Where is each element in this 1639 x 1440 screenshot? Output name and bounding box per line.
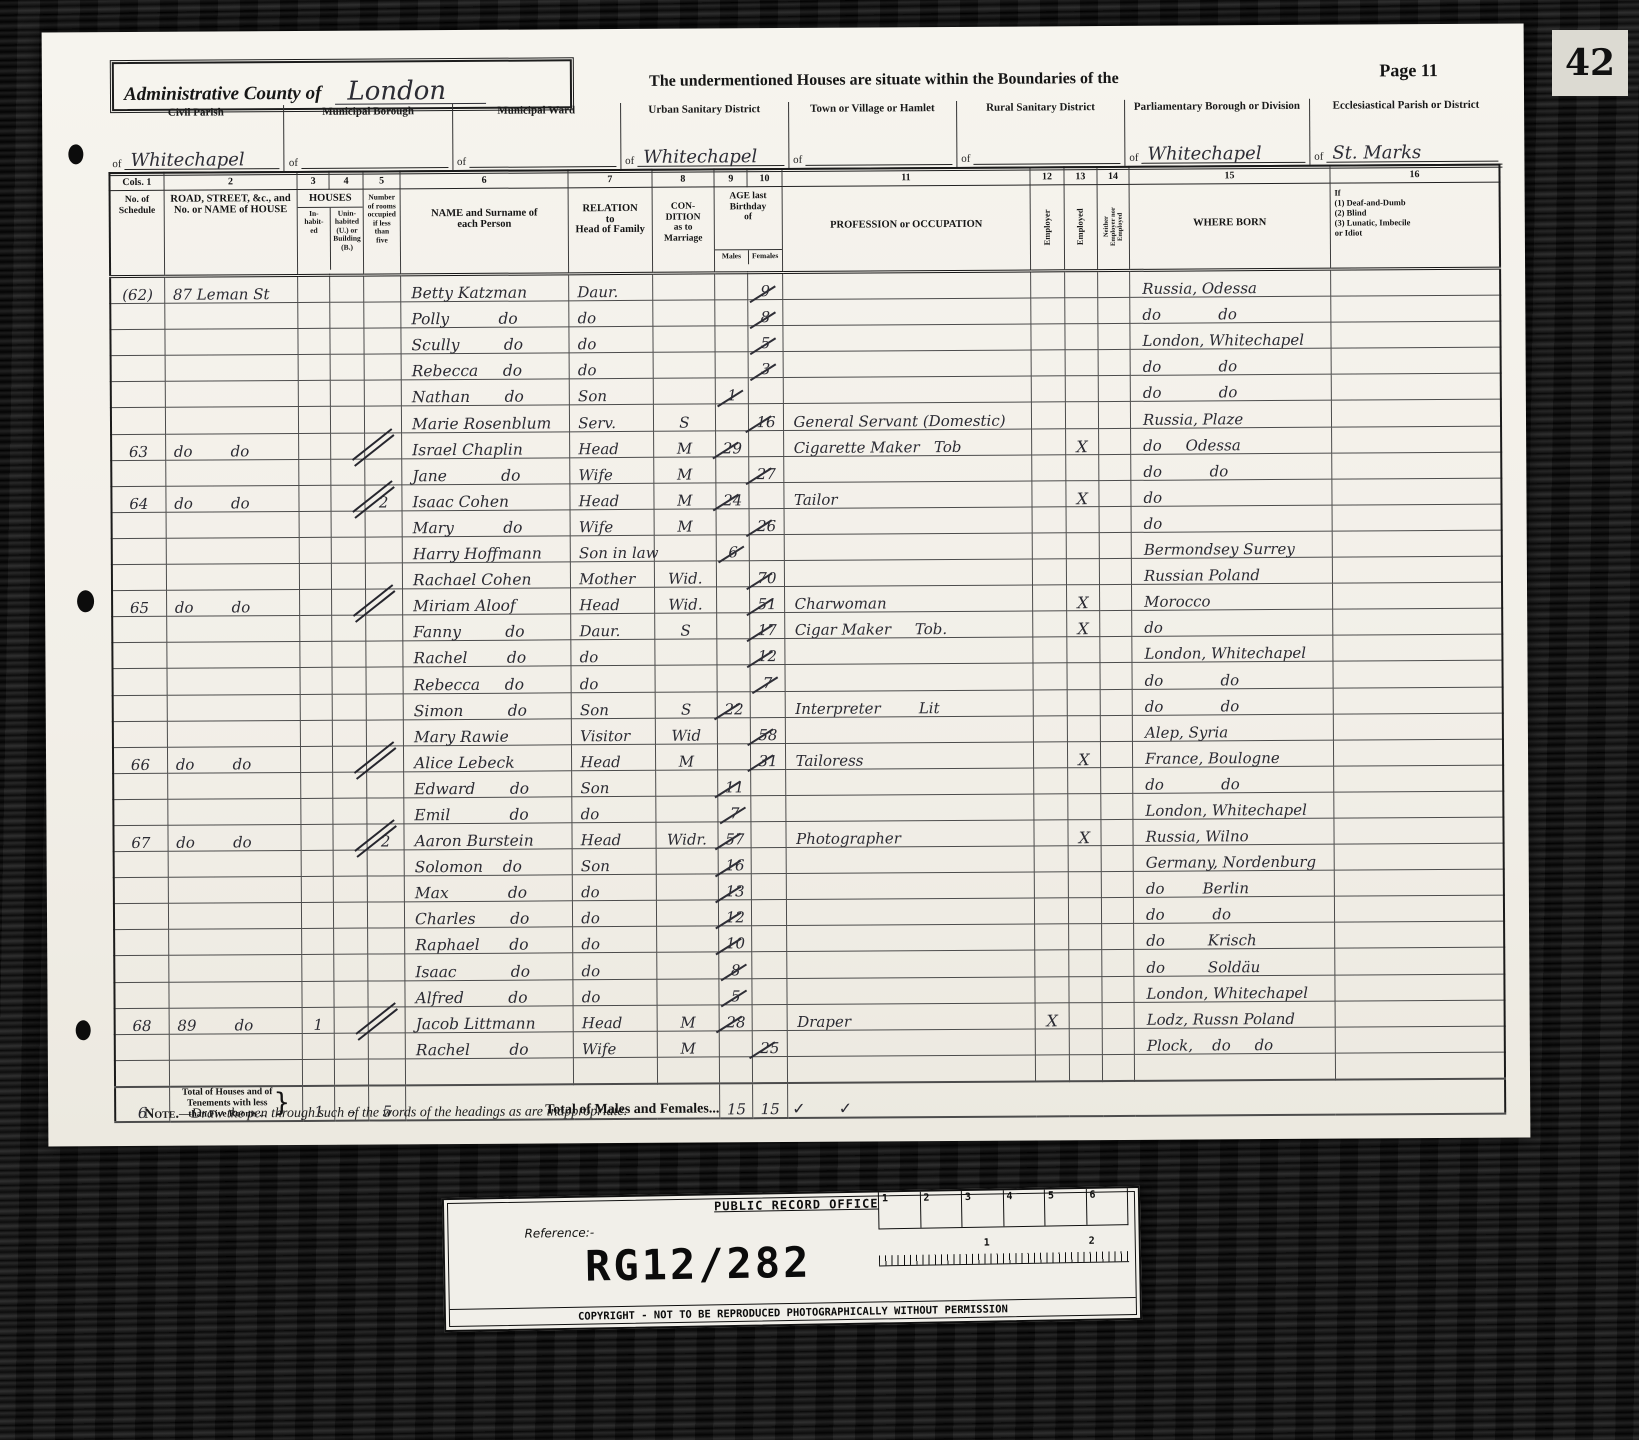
cell-name: Scully do	[401, 327, 569, 354]
cell-age-m	[716, 456, 750, 482]
cell-condition: S	[654, 613, 717, 639]
cell-employer	[1032, 428, 1066, 454]
cell-uninhabited	[334, 1033, 368, 1059]
cell-born: do do	[1132, 662, 1333, 689]
age-value: 6	[727, 545, 739, 560]
cell-employed	[1068, 924, 1102, 950]
measuring-ruler: 12 34 56 1 2	[878, 1188, 1130, 1292]
cell-condition	[652, 300, 715, 326]
cell-inhabited	[299, 433, 331, 459]
cell-road	[169, 1033, 303, 1060]
cell-born: do Krisch	[1134, 923, 1335, 950]
cell-employed	[1065, 324, 1099, 350]
cell-employed	[1066, 506, 1100, 532]
cell-condition	[657, 1057, 720, 1084]
cell-name: Alfred do	[405, 979, 573, 1006]
cell-inhabited	[301, 772, 333, 798]
cell-relation: Head	[572, 744, 656, 771]
cell-born	[1134, 1053, 1335, 1081]
cell-employer	[1033, 585, 1067, 611]
cell-schedule	[114, 982, 168, 1008]
header-employer: Employer	[1030, 185, 1064, 271]
cell-employer	[1033, 663, 1067, 689]
cell-uninhabited	[331, 563, 365, 589]
cell-road	[168, 929, 302, 956]
cell-uninhabited	[332, 667, 366, 693]
header-road: ROAD, STREET, &c., and No. or NAME of HO…	[164, 189, 298, 276]
cell-uninhabited	[331, 459, 365, 485]
cell-name: Isaac do	[405, 953, 573, 980]
cell-born: do do	[1133, 766, 1334, 793]
cell-name: Isaac Cohen	[402, 484, 570, 511]
age-value: 26	[756, 519, 777, 534]
header-houses: HOUSES In- habit- ed Unin- habited (U.) …	[297, 189, 364, 275]
header-relation: RELATION to Head of Family	[568, 187, 652, 274]
age-value: 58	[757, 728, 778, 743]
cell-rooms	[366, 563, 403, 589]
age-value: 17	[757, 623, 778, 638]
cell-infirmity	[1333, 608, 1503, 635]
age-value: 51	[757, 597, 778, 612]
cell-condition: Wid.	[654, 587, 717, 613]
cell-schedule	[113, 721, 167, 747]
cell-infirmity	[1331, 321, 1501, 348]
cell-employed	[1066, 637, 1100, 663]
cell-rooms: 2	[367, 824, 404, 850]
cell-born: London, Whitechapel	[1134, 975, 1335, 1002]
cell-relation: Serv.	[570, 405, 654, 432]
cell-road	[165, 459, 299, 486]
cell-infirmity	[1334, 921, 1504, 948]
cell-condition: M	[653, 483, 716, 509]
situate-statement: The undermentioned Houses are situate wi…	[574, 69, 1194, 91]
cell-occupation	[783, 376, 1032, 404]
cell-neither	[1101, 872, 1133, 898]
cell-condition	[656, 874, 719, 900]
cell-occupation: Cigar Maker Tob.	[784, 611, 1033, 639]
cell-born: do do	[1132, 688, 1333, 715]
cell-road	[165, 329, 299, 356]
cell-road	[168, 903, 302, 930]
cell-schedule	[114, 877, 168, 903]
cell-employed	[1069, 976, 1103, 1002]
cell-uninhabited	[332, 694, 366, 720]
cell-rooms	[368, 902, 405, 928]
age-value: 29	[722, 441, 743, 456]
cell-condition: M	[653, 457, 716, 483]
district-parliamentary-borough: Parliamentary Borough or Division ofWhit…	[1124, 99, 1309, 166]
cell-inhabited	[300, 694, 332, 720]
cell-occupation: Tailor	[783, 481, 1032, 509]
cell-schedule	[112, 617, 166, 643]
cell-relation: do	[572, 796, 656, 823]
cell-neither	[1098, 376, 1130, 402]
cell-age-f	[753, 1004, 787, 1030]
cell-age-m: 11	[718, 769, 752, 795]
cell-infirmity	[1334, 791, 1504, 818]
cell-inhabited	[302, 981, 334, 1007]
cell-neither	[1101, 767, 1133, 793]
cell-condition	[655, 770, 718, 796]
cell-age-f	[751, 795, 785, 821]
cell-neither	[1098, 324, 1130, 350]
cell-employed: X	[1066, 611, 1100, 637]
age-value: 7	[729, 806, 741, 821]
cell-road	[164, 303, 298, 330]
cell-employer	[1034, 741, 1068, 767]
cell-neither	[1098, 270, 1130, 297]
cell-rooms	[366, 615, 403, 641]
administrative-county-value: London	[335, 79, 486, 105]
cell-age-f	[752, 848, 786, 874]
district-town-village: Town or Village or Hamlet of	[788, 101, 956, 168]
cell-relation: Head	[570, 431, 654, 458]
district-ecclesiastical-parish: Ecclesiastical Parish or District ofSt. …	[1309, 98, 1503, 165]
cell-neither	[1099, 454, 1131, 480]
cell-uninhabited	[333, 798, 367, 824]
cell-schedule	[112, 512, 166, 538]
cell-employed	[1064, 298, 1098, 324]
cell-inhabited	[298, 275, 330, 302]
cell-age-f: 58	[751, 717, 785, 743]
cell-age-f	[750, 534, 784, 560]
cell-age-f: 26	[750, 508, 784, 534]
cell-neither	[1102, 1054, 1134, 1081]
cell-uninhabited	[333, 850, 367, 876]
cell-name: Simon do	[403, 692, 571, 719]
cell-rooms	[366, 667, 403, 693]
cell-schedule	[114, 956, 168, 982]
cell-age-f	[752, 978, 786, 1004]
cell-rooms	[364, 380, 401, 406]
cell-age-m	[715, 300, 749, 326]
cell-relation	[574, 1057, 658, 1084]
cell-born: do	[1132, 609, 1333, 636]
cell-rooms	[367, 798, 404, 824]
cell-age-m	[716, 404, 750, 430]
cell-road	[166, 616, 300, 643]
cell-employer	[1035, 976, 1069, 1002]
cell-age-f: 5	[748, 326, 782, 352]
check-marks: ✓ ✓	[792, 1099, 866, 1118]
cell-age-m: 13	[718, 874, 752, 900]
cell-schedule	[113, 695, 167, 721]
cell-condition: Wid.	[654, 561, 717, 587]
ruler-inch-cells: 12 34 56	[878, 1188, 1129, 1229]
cell-uninhabited	[333, 876, 367, 902]
cell-inhabited	[300, 642, 332, 668]
cell-uninhabited	[332, 641, 366, 667]
cell-age-f	[751, 821, 785, 847]
public-record-office-stamp: PUBLIC RECORD OFFICE Reference:- RG12/28…	[442, 1186, 1142, 1332]
cell-infirmity	[1335, 1000, 1505, 1027]
administrative-county-label: Administrative County of	[124, 83, 322, 106]
cell-age-m: 24	[716, 482, 750, 508]
cell-employer: X	[1035, 1002, 1069, 1028]
cell-condition	[656, 952, 719, 978]
cell-employer	[1034, 846, 1068, 872]
cell-relation: Visitor	[571, 718, 655, 745]
cell-road: do do	[168, 824, 302, 851]
cell-relation: do	[569, 326, 653, 353]
cell-uninhabited	[334, 928, 368, 954]
cell-age-f	[752, 926, 786, 952]
cell-age-m	[716, 509, 750, 535]
district-rural-sanitary: Rural Sanitary District of	[956, 100, 1124, 167]
cell-neither	[1098, 402, 1130, 428]
cell-age-f	[753, 1056, 787, 1083]
cell-rooms	[367, 850, 404, 876]
cell-age-m	[717, 639, 751, 665]
cell-condition	[656, 900, 719, 926]
cell-condition	[654, 639, 717, 665]
cell-name: Raphael do	[405, 927, 573, 954]
cell-age-m: 57	[718, 822, 752, 848]
cell-name: Rachael Cohen	[402, 562, 570, 589]
cell-name: Edward do	[404, 771, 572, 798]
cell-rooms	[364, 275, 401, 302]
cell-neither	[1102, 1002, 1134, 1028]
cell-born: Russia, Wilno	[1133, 818, 1334, 845]
stamp-reference-number: RG12/282	[585, 1238, 812, 1291]
cell-employer	[1031, 298, 1065, 324]
cell-born: Russian Poland	[1131, 557, 1332, 584]
cell-age-m	[719, 1030, 753, 1056]
cell-name: Max do	[404, 875, 572, 902]
cell-relation: Son	[572, 770, 656, 797]
cell-relation: Head	[572, 822, 656, 849]
cell-condition: S	[655, 691, 718, 717]
cell-schedule	[113, 669, 167, 695]
cell-employed	[1065, 402, 1099, 428]
cell-neither	[1100, 585, 1132, 611]
cell-name: Charles do	[404, 901, 572, 928]
cell-age-f	[749, 378, 783, 404]
cell-employed: X	[1067, 741, 1101, 767]
cell-rooms	[366, 719, 403, 745]
cell-age-m	[717, 717, 751, 743]
cell-condition: M	[654, 509, 717, 535]
cell-road	[165, 381, 299, 408]
cell-employer	[1033, 611, 1067, 637]
cell-rooms	[368, 980, 405, 1006]
cell-employed	[1066, 533, 1100, 559]
cell-relation: do	[569, 300, 653, 327]
cell-neither	[1100, 637, 1132, 663]
age-value: 22	[723, 702, 744, 717]
cell-age-m: 7	[718, 796, 752, 822]
cell-road	[167, 720, 301, 747]
cell-employer	[1031, 324, 1065, 350]
cell-neither	[1099, 532, 1131, 558]
cell-inhabited	[298, 355, 330, 381]
cell-schedule	[111, 382, 165, 408]
age-value: 12	[725, 911, 746, 926]
cell-age-f	[752, 952, 786, 978]
cell-occupation	[784, 533, 1033, 561]
age-value: 7	[762, 676, 774, 691]
cell-uninhabited	[331, 511, 365, 537]
cell-uninhabited	[330, 275, 364, 302]
stamp-office-title: PUBLIC RECORD OFFICE	[714, 1196, 879, 1213]
cell-employed	[1065, 454, 1099, 480]
cell-employed	[1067, 715, 1101, 741]
cell-condition: Widr.	[656, 822, 719, 848]
cell-schedule	[113, 773, 167, 799]
cell-rooms	[365, 511, 402, 537]
header-neither: Neither Employer nor Employed	[1097, 184, 1129, 270]
cell-name: Mary do	[402, 510, 570, 537]
cell-infirmity	[1334, 817, 1504, 844]
cell-occupation	[785, 663, 1034, 691]
cell-neither	[1101, 793, 1133, 819]
cell-neither	[1100, 663, 1132, 689]
cell-age-m	[717, 587, 751, 613]
cell-infirmity	[1332, 504, 1502, 531]
district-value: Whitechapel	[125, 151, 280, 170]
census-rows: (62) 87 Leman St Betty Katzman Daur. 9 R…	[110, 268, 1505, 1087]
cell-rooms	[364, 302, 401, 328]
cell-name: Emil do	[404, 797, 572, 824]
cell-born: Morocco	[1132, 583, 1333, 610]
cell-age-f	[749, 430, 783, 456]
district-value: Whitechapel	[637, 148, 784, 167]
cell-inhabited	[300, 589, 332, 615]
age-value: 1	[726, 389, 738, 404]
cell-employed	[1068, 846, 1102, 872]
cell-infirmity	[1333, 634, 1503, 661]
cell-employed: X	[1066, 480, 1100, 506]
cell-relation: Head	[573, 1005, 657, 1032]
cell-neither	[1099, 480, 1131, 506]
district-municipal-ward: Municipal Ward of	[452, 103, 620, 170]
cell-neither	[1100, 689, 1132, 715]
cell-employer	[1034, 768, 1068, 794]
cell-age-f: 9	[748, 273, 782, 300]
district-value: St. Marks	[1326, 144, 1498, 163]
cell-age-f: 3	[749, 352, 783, 378]
cell-inhabited	[302, 903, 334, 929]
cell-rooms	[366, 641, 403, 667]
cell-occupation: General Servant (Domestic)	[783, 402, 1032, 430]
cell-road: 87 Leman St	[164, 275, 298, 303]
cell-age-f: 17	[750, 613, 784, 639]
cell-relation: Son in law	[570, 535, 654, 562]
cell-road: do do	[167, 746, 301, 773]
cell-name: Jacob Littmann	[405, 1005, 573, 1032]
cell-employer	[1033, 559, 1067, 585]
cell-relation: do	[571, 640, 655, 667]
cell-relation: do	[573, 927, 657, 954]
cell-road	[167, 642, 301, 669]
column-label-row: No. of Schedule ROAD, STREET, &c., and N…	[110, 182, 1500, 276]
cell-condition	[656, 848, 719, 874]
cell-schedule	[111, 408, 165, 434]
cell-inhabited	[300, 563, 332, 589]
cell-age-m: 29	[716, 430, 750, 456]
cell-rooms	[367, 746, 404, 772]
district-value	[805, 164, 952, 166]
cell-name: Miriam Aloof	[403, 588, 571, 615]
cell-infirmity	[1331, 400, 1501, 427]
cell-employer	[1036, 1028, 1070, 1054]
cell-road	[167, 668, 301, 695]
cell-condition	[655, 665, 718, 691]
cell-employed	[1067, 767, 1101, 793]
cell-schedule: 67	[113, 825, 167, 851]
cell-uninhabited	[331, 537, 365, 563]
cell-uninhabited	[334, 1059, 368, 1086]
cell-occupation: Interpreter Lit	[785, 689, 1034, 717]
cell-employer	[1032, 376, 1066, 402]
cell-infirmity	[1333, 739, 1503, 766]
cell-condition: M	[657, 1031, 720, 1057]
age-value: 31	[757, 754, 778, 769]
header-employed: Employed	[1064, 185, 1098, 271]
cell-age-f: 16	[749, 404, 783, 430]
cell-employed: X	[1066, 585, 1100, 611]
cell-employed: X	[1065, 428, 1099, 454]
cell-road: do do	[165, 433, 299, 460]
cell-employer	[1033, 637, 1067, 663]
cell-occupation: Charwoman	[784, 585, 1033, 613]
cell-road	[166, 537, 300, 564]
cell-rooms	[364, 328, 401, 354]
cell-condition: M	[657, 1005, 720, 1031]
cell-condition	[656, 926, 719, 952]
cell-age-m	[718, 743, 752, 769]
cell-occupation	[787, 1055, 1036, 1083]
cell-born: do do	[1130, 296, 1331, 323]
punch-hole	[76, 1020, 91, 1040]
cell-rooms	[364, 354, 401, 380]
cell-name: Polly do	[401, 301, 569, 328]
district-value	[469, 166, 616, 168]
cell-occupation	[782, 298, 1031, 326]
cell-employer	[1032, 454, 1066, 480]
cell-neither	[1098, 350, 1130, 376]
cell-uninhabited	[330, 328, 364, 354]
cell-uninhabited	[334, 981, 368, 1007]
cell-age-m: 12	[719, 900, 753, 926]
cell-employed	[1067, 663, 1101, 689]
cell-inhabited	[299, 485, 331, 511]
cell-name: Mary Rawie	[403, 718, 571, 745]
punch-hole	[77, 590, 94, 612]
cell-uninhabited	[330, 302, 364, 328]
cell-infirmity	[1332, 452, 1502, 479]
cell-born: London, Whitechapel	[1133, 792, 1334, 819]
cell-condition	[654, 535, 717, 561]
cell-employer	[1033, 689, 1067, 715]
cell-born: Alep, Syria	[1132, 714, 1333, 741]
cell-neither	[1100, 741, 1132, 767]
cell-occupation: Tailoress	[785, 742, 1034, 770]
cell-occupation	[786, 924, 1035, 952]
cell-condition	[656, 978, 719, 1004]
cell-infirmity	[1332, 530, 1502, 557]
census-table: Cols. 12 34 56 78 910 1112 1314 1516 No.…	[108, 164, 1506, 1123]
header-where-born: WHERE BORN	[1129, 183, 1330, 270]
cell-condition: M	[653, 430, 716, 456]
cell-employer	[1032, 481, 1066, 507]
cell-neither	[1101, 845, 1133, 871]
cell-road	[169, 1059, 303, 1086]
cell-born: Bermondsey Surrey	[1131, 531, 1332, 558]
cell-rooms	[365, 537, 402, 563]
cell-age-f: 31	[751, 743, 785, 769]
age-value: 5	[730, 989, 742, 1004]
